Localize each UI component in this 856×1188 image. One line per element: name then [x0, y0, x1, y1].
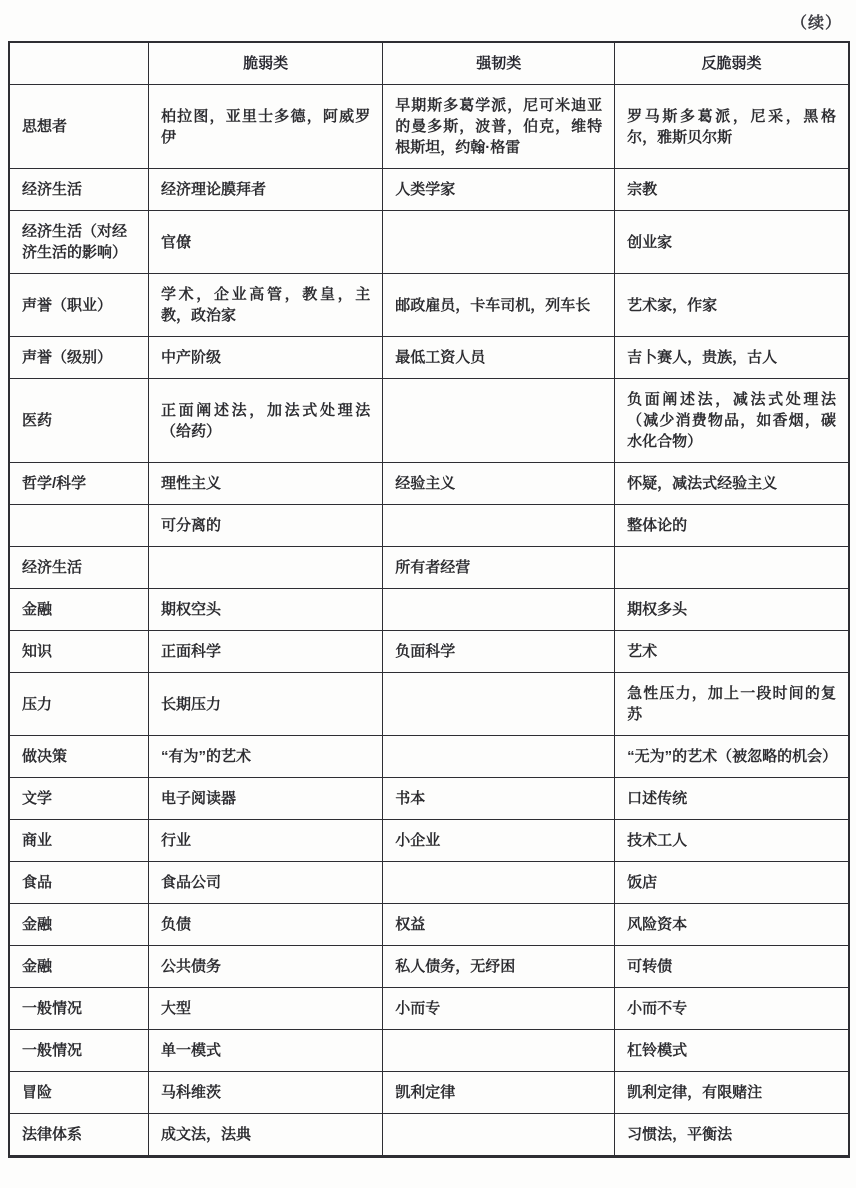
table-cell: 期权空头 — [148, 589, 382, 631]
table-cell: “无为”的艺术（被忽略的机会） — [615, 736, 849, 778]
table-cell: 凯利定律 — [383, 1072, 615, 1114]
row-label: 一般情况 — [9, 1030, 148, 1072]
row-label: 法律体系 — [9, 1114, 148, 1157]
table-row: 经济生活所有者经营 — [9, 547, 849, 589]
row-label: 思想者 — [9, 85, 148, 169]
book-page: （续） 脆弱类 强韧类 反脆弱类 思想者柏拉图，亚里士多德，阿威罗伊早期斯多葛学… — [0, 0, 856, 1188]
row-label: 金融 — [9, 904, 148, 946]
table-cell: 食品公司 — [148, 862, 382, 904]
column-header-robust: 强韧类 — [383, 42, 615, 85]
table-cell — [148, 547, 382, 589]
table-cell: 经济理论膜拜者 — [148, 169, 382, 211]
table-row: 声誉（级别）中产阶级最低工资人员吉卜赛人，贵族，古人 — [9, 337, 849, 379]
table-cell: 所有者经营 — [383, 547, 615, 589]
table-cell — [383, 1114, 615, 1157]
column-header-fragile: 脆弱类 — [148, 42, 382, 85]
table-cell — [383, 736, 615, 778]
table-cell: 宗教 — [615, 169, 849, 211]
table-cell: 小而专 — [383, 988, 615, 1030]
table-row: 经济生活（对经济生活的影响）官僚创业家 — [9, 211, 849, 274]
table-cell: 学术，企业高管，教皇，主教，政治家 — [148, 274, 382, 337]
row-label: 声誉（职业） — [9, 274, 148, 337]
table-cell: “有为”的艺术 — [148, 736, 382, 778]
table-row: 声誉（职业）学术，企业高管，教皇，主教，政治家邮政雇员，卡车司机，列车长艺术家，… — [9, 274, 849, 337]
table-cell: 私人债务，无纾困 — [383, 946, 615, 988]
column-header-category — [9, 42, 148, 85]
table-cell: 吉卜赛人，贵族，古人 — [615, 337, 849, 379]
table-row: 思想者柏拉图，亚里士多德，阿威罗伊早期斯多葛学派，尼可米迪亚的曼多斯，波普，伯克… — [9, 85, 849, 169]
table-cell: 书本 — [383, 778, 615, 820]
table-row: 一般情况单一模式杠铃模式 — [9, 1030, 849, 1072]
row-label: 文学 — [9, 778, 148, 820]
table-cell: 权益 — [383, 904, 615, 946]
table-row: 压力长期压力急性压力，加上一段时间的复苏 — [9, 673, 849, 736]
table-cell: 正面科学 — [148, 631, 382, 673]
table-row: 食品食品公司饭店 — [9, 862, 849, 904]
continuation-label: （续） — [8, 8, 850, 41]
table-cell: 邮政雇员，卡车司机，列车长 — [383, 274, 615, 337]
table-row: 冒险马科维茨凯利定律凯利定律，有限赌注 — [9, 1072, 849, 1114]
table-cell: 怀疑，减法式经验主义 — [615, 463, 849, 505]
table-cell: 单一模式 — [148, 1030, 382, 1072]
row-label: 金融 — [9, 946, 148, 988]
row-label: 冒险 — [9, 1072, 148, 1114]
table-cell: 负面阐述法，减法式处理法（减少消费物品，如香烟，碳水化合物） — [615, 379, 849, 463]
table-cell: 饭店 — [615, 862, 849, 904]
table-row: 经济生活经济理论膜拜者人类学家宗教 — [9, 169, 849, 211]
table-cell: 小企业 — [383, 820, 615, 862]
table-cell: 公共债务 — [148, 946, 382, 988]
table-cell — [383, 379, 615, 463]
fragility-table: 脆弱类 强韧类 反脆弱类 思想者柏拉图，亚里士多德，阿威罗伊早期斯多葛学派，尼可… — [8, 41, 850, 1158]
table-cell: 人类学家 — [383, 169, 615, 211]
table-row: 金融负债权益风险资本 — [9, 904, 849, 946]
table-cell: 急性压力，加上一段时间的复苏 — [615, 673, 849, 736]
table-cell: 柏拉图，亚里士多德，阿威罗伊 — [148, 85, 382, 169]
table-cell: 杠铃模式 — [615, 1030, 849, 1072]
table-cell: 习惯法，平衡法 — [615, 1114, 849, 1157]
row-label: 做决策 — [9, 736, 148, 778]
row-label: 商业 — [9, 820, 148, 862]
table-body: 思想者柏拉图，亚里士多德，阿威罗伊早期斯多葛学派，尼可米迪亚的曼多斯，波普，伯克… — [9, 85, 849, 1157]
table-cell: 凯利定律，有限赌注 — [615, 1072, 849, 1114]
row-label: 经济生活 — [9, 169, 148, 211]
table-cell — [383, 862, 615, 904]
table-cell: 理性主义 — [148, 463, 382, 505]
table-row: 法律体系成文法，法典习惯法，平衡法 — [9, 1114, 849, 1157]
table-cell — [383, 673, 615, 736]
table-cell: 可分离的 — [148, 505, 382, 547]
table-cell: 艺术 — [615, 631, 849, 673]
table-cell: 艺术家，作家 — [615, 274, 849, 337]
table-row: 可分离的整体论的 — [9, 505, 849, 547]
table-cell — [383, 505, 615, 547]
table-row: 文学电子阅读器书本口述传统 — [9, 778, 849, 820]
row-label — [9, 505, 148, 547]
table-cell: 技术工人 — [615, 820, 849, 862]
table-cell: 大型 — [148, 988, 382, 1030]
table-cell: 马科维茨 — [148, 1072, 382, 1114]
row-label: 哲学/科学 — [9, 463, 148, 505]
table-cell: 口述传统 — [615, 778, 849, 820]
row-label: 经济生活 — [9, 547, 148, 589]
table-cell: 负面科学 — [383, 631, 615, 673]
row-label: 金融 — [9, 589, 148, 631]
table-row: 知识正面科学负面科学艺术 — [9, 631, 849, 673]
table-cell: 行业 — [148, 820, 382, 862]
table-cell — [383, 211, 615, 274]
table-cell: 官僚 — [148, 211, 382, 274]
table-cell: 最低工资人员 — [383, 337, 615, 379]
table-row: 医药正面阐述法，加法式处理法（给药）负面阐述法，减法式处理法（减少消费物品，如香… — [9, 379, 849, 463]
table-row: 做决策“有为”的艺术“无为”的艺术（被忽略的机会） — [9, 736, 849, 778]
row-label: 一般情况 — [9, 988, 148, 1030]
table-cell: 电子阅读器 — [148, 778, 382, 820]
table-cell — [383, 1030, 615, 1072]
table-cell: 经验主义 — [383, 463, 615, 505]
table-cell: 小而不专 — [615, 988, 849, 1030]
table-cell — [383, 589, 615, 631]
row-label: 声誉（级别） — [9, 337, 148, 379]
row-label: 经济生活（对经济生活的影响） — [9, 211, 148, 274]
table-cell: 期权多头 — [615, 589, 849, 631]
table-cell: 负债 — [148, 904, 382, 946]
row-label: 知识 — [9, 631, 148, 673]
table-row: 一般情况大型小而专小而不专 — [9, 988, 849, 1030]
table-row: 哲学/科学理性主义经验主义怀疑，减法式经验主义 — [9, 463, 849, 505]
table-cell: 可转债 — [615, 946, 849, 988]
column-header-antifragile: 反脆弱类 — [615, 42, 849, 85]
table-cell: 创业家 — [615, 211, 849, 274]
table-cell: 长期压力 — [148, 673, 382, 736]
row-label: 医药 — [9, 379, 148, 463]
table-cell: 风险资本 — [615, 904, 849, 946]
table-cell: 早期斯多葛学派，尼可米迪亚的曼多斯，波普，伯克，维特根斯坦，约翰·格雷 — [383, 85, 615, 169]
table-cell: 成文法，法典 — [148, 1114, 382, 1157]
table-cell: 整体论的 — [615, 505, 849, 547]
table-cell — [615, 547, 849, 589]
table-header-row: 脆弱类 强韧类 反脆弱类 — [9, 42, 849, 85]
table-row: 商业行业小企业技术工人 — [9, 820, 849, 862]
table-cell: 中产阶级 — [148, 337, 382, 379]
table-cell: 罗马斯多葛派，尼采，黑格尔，雅斯贝尔斯 — [615, 85, 849, 169]
table-row: 金融公共债务私人债务，无纾困可转债 — [9, 946, 849, 988]
table-cell: 正面阐述法，加法式处理法（给药） — [148, 379, 382, 463]
row-label: 食品 — [9, 862, 148, 904]
row-label: 压力 — [9, 673, 148, 736]
table-row: 金融期权空头期权多头 — [9, 589, 849, 631]
